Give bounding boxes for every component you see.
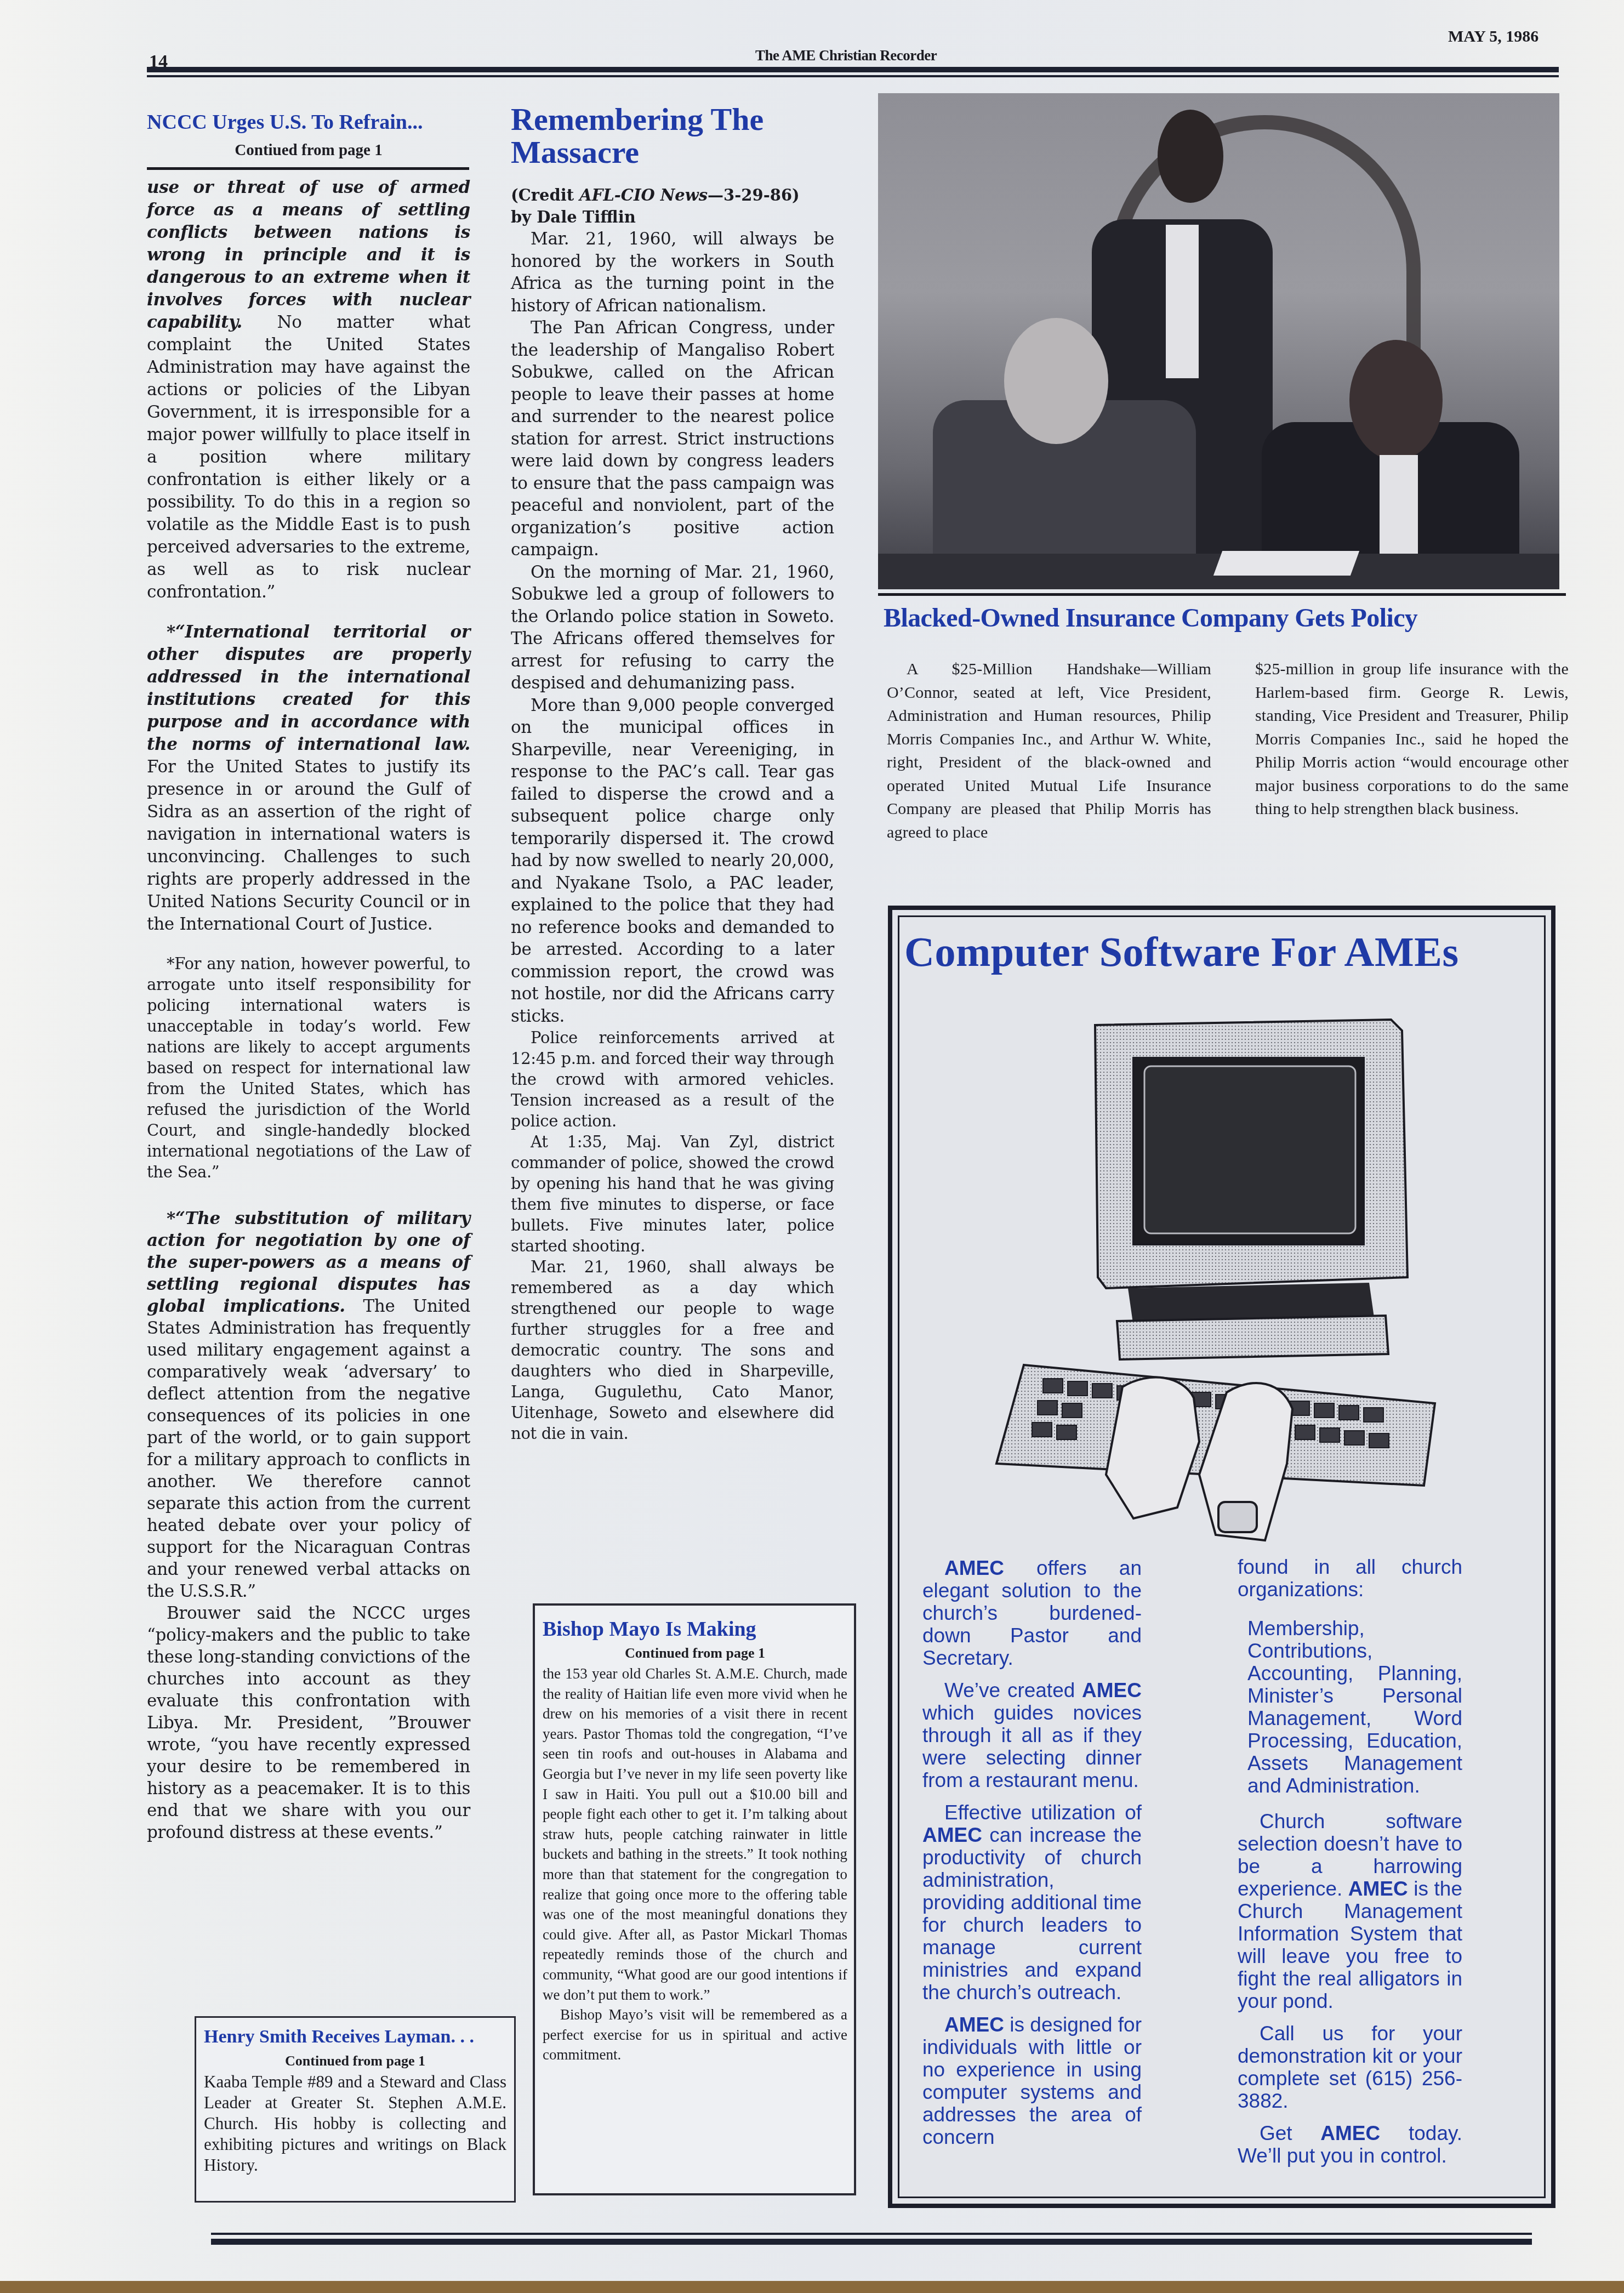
photo-head bbox=[1158, 110, 1223, 203]
section-rule bbox=[147, 167, 469, 170]
paragraph: Kaaba Temple #89 and a Steward and Class… bbox=[204, 2072, 506, 2176]
ad-headline: Computer Software For AMEs bbox=[904, 929, 1458, 976]
photo-shirt bbox=[1166, 225, 1199, 378]
photo-caption: A $25-Million Handshake—William O’Connor… bbox=[887, 658, 1211, 844]
ad-tagline: Get AMEC today. We’ll put you in control… bbox=[1238, 2122, 1462, 2167]
ad-contact: Call us for your demonstration kit or yo… bbox=[1238, 2022, 1462, 2112]
ad-paragraph: AMEC is designed for individuals with li… bbox=[922, 2013, 1142, 2148]
paragraph: *For any nation, however powerful, to ar… bbox=[147, 953, 470, 1182]
paragraph: *“International territorial or other dis… bbox=[147, 621, 470, 936]
ad-paragraph: found in all church organizations: bbox=[1238, 1556, 1462, 1601]
issue-date: MAY 5, 1986 bbox=[1448, 27, 1538, 46]
paragraph: At 1:35, Maj. Van Zyl, district commande… bbox=[511, 1131, 834, 1256]
news-photo bbox=[878, 93, 1559, 589]
computer-keyboard-illustration-icon bbox=[942, 992, 1512, 1562]
continued-note: Continued from page 1 bbox=[543, 1645, 847, 1662]
ad-paragraph: Effective utilization of AMEC can increa… bbox=[922, 1801, 1142, 2004]
photo-head bbox=[1004, 318, 1108, 444]
table-surface bbox=[0, 2281, 1624, 2293]
section-rule bbox=[878, 593, 1566, 596]
byline: by Dale Tifflin bbox=[511, 206, 834, 228]
continued-note: Continued from page 1 bbox=[204, 2053, 506, 2069]
ad-feature-list: Membership, Contributions, Accounting, P… bbox=[1238, 1617, 1462, 1797]
photo-caption-continued: $25-million in group life insurance with… bbox=[1255, 658, 1569, 821]
article-massacre: Remembering The Massacre (Credit AFL-CIO… bbox=[511, 103, 834, 1444]
headline-bishop-mayo: Bishop Mayo Is Making bbox=[543, 1618, 847, 1641]
ad-copy-right: found in all church organizations: Membe… bbox=[1238, 1556, 1462, 2177]
headline-nccc: NCCC Urges U.S. To Refrain... bbox=[147, 110, 470, 135]
photo-head bbox=[1349, 340, 1443, 460]
advertisement-amec: Computer Software For AMEs bbox=[888, 906, 1555, 2208]
article-bishop-mayo: Bishop Mayo Is Making Continued from pag… bbox=[533, 1603, 856, 2195]
ad-copy-left: AMEC offers an elegant solution to the c… bbox=[922, 1557, 1142, 2158]
continued-note: Contiued from page 1 bbox=[147, 141, 470, 160]
ad-paragraph: Church software selection doesn’t have t… bbox=[1238, 1810, 1462, 2012]
paragraph: More than 9,000 people converged on the … bbox=[511, 695, 834, 1028]
headline-insurance: Blacked-Owned Insurance Company Gets Pol… bbox=[884, 603, 1417, 633]
credit-line: (Credit AFL-CIO News—3-29-86) bbox=[511, 184, 834, 206]
ad-paragraph: AMEC offers an elegant solution to the c… bbox=[922, 1557, 1142, 1669]
paragraph: the 153 year old Charles St. A.M.E. Chur… bbox=[543, 1664, 847, 2005]
footer-rule-thick bbox=[211, 2239, 1532, 2245]
publication-title: The AME Christian Recorder bbox=[755, 47, 937, 64]
footer-rule bbox=[211, 2233, 1532, 2235]
paragraph: The Pan African Congress, under the lead… bbox=[511, 317, 834, 561]
ad-paragraph: We’ve created AMEC which guides novices … bbox=[922, 1679, 1142, 1791]
headline-henry-smith: Henry Smith Receives Layman. . . bbox=[204, 2025, 506, 2049]
paragraph: *“The substitution of military action fo… bbox=[147, 1208, 470, 1602]
photo-paper bbox=[1213, 551, 1359, 576]
headline-massacre: Remembering The Massacre bbox=[511, 103, 834, 169]
paragraph: use or threat of use of armed force as a… bbox=[147, 177, 470, 604]
masthead-rule-thin bbox=[147, 75, 1559, 77]
article-henry-smith: Henry Smith Receives Layman. . . Continu… bbox=[195, 2016, 516, 2203]
paragraph: Police reinforcements arrived at 12:45 p… bbox=[511, 1027, 834, 1131]
newspaper-page: 14 The AME Christian Recorder MAY 5, 198… bbox=[0, 0, 1624, 2293]
masthead-rule bbox=[147, 67, 1559, 72]
wristwatch-icon bbox=[1218, 1502, 1257, 1532]
paragraph: Bishop Mayo’s visit will be remembered a… bbox=[543, 2005, 847, 2065]
paragraph: Mar. 21, 1960, will always be honored by… bbox=[511, 228, 834, 317]
paragraph: Mar. 21, 1960, shall always be remembere… bbox=[511, 1256, 834, 1444]
paragraph: Brouwer said the NCCC urges “policy-make… bbox=[147, 1602, 470, 1843]
paragraph: On the morning of Mar. 21, 1960, Sobukwe… bbox=[511, 561, 834, 695]
article-nccc: NCCC Urges U.S. To Refrain... Contiued f… bbox=[147, 110, 470, 1843]
